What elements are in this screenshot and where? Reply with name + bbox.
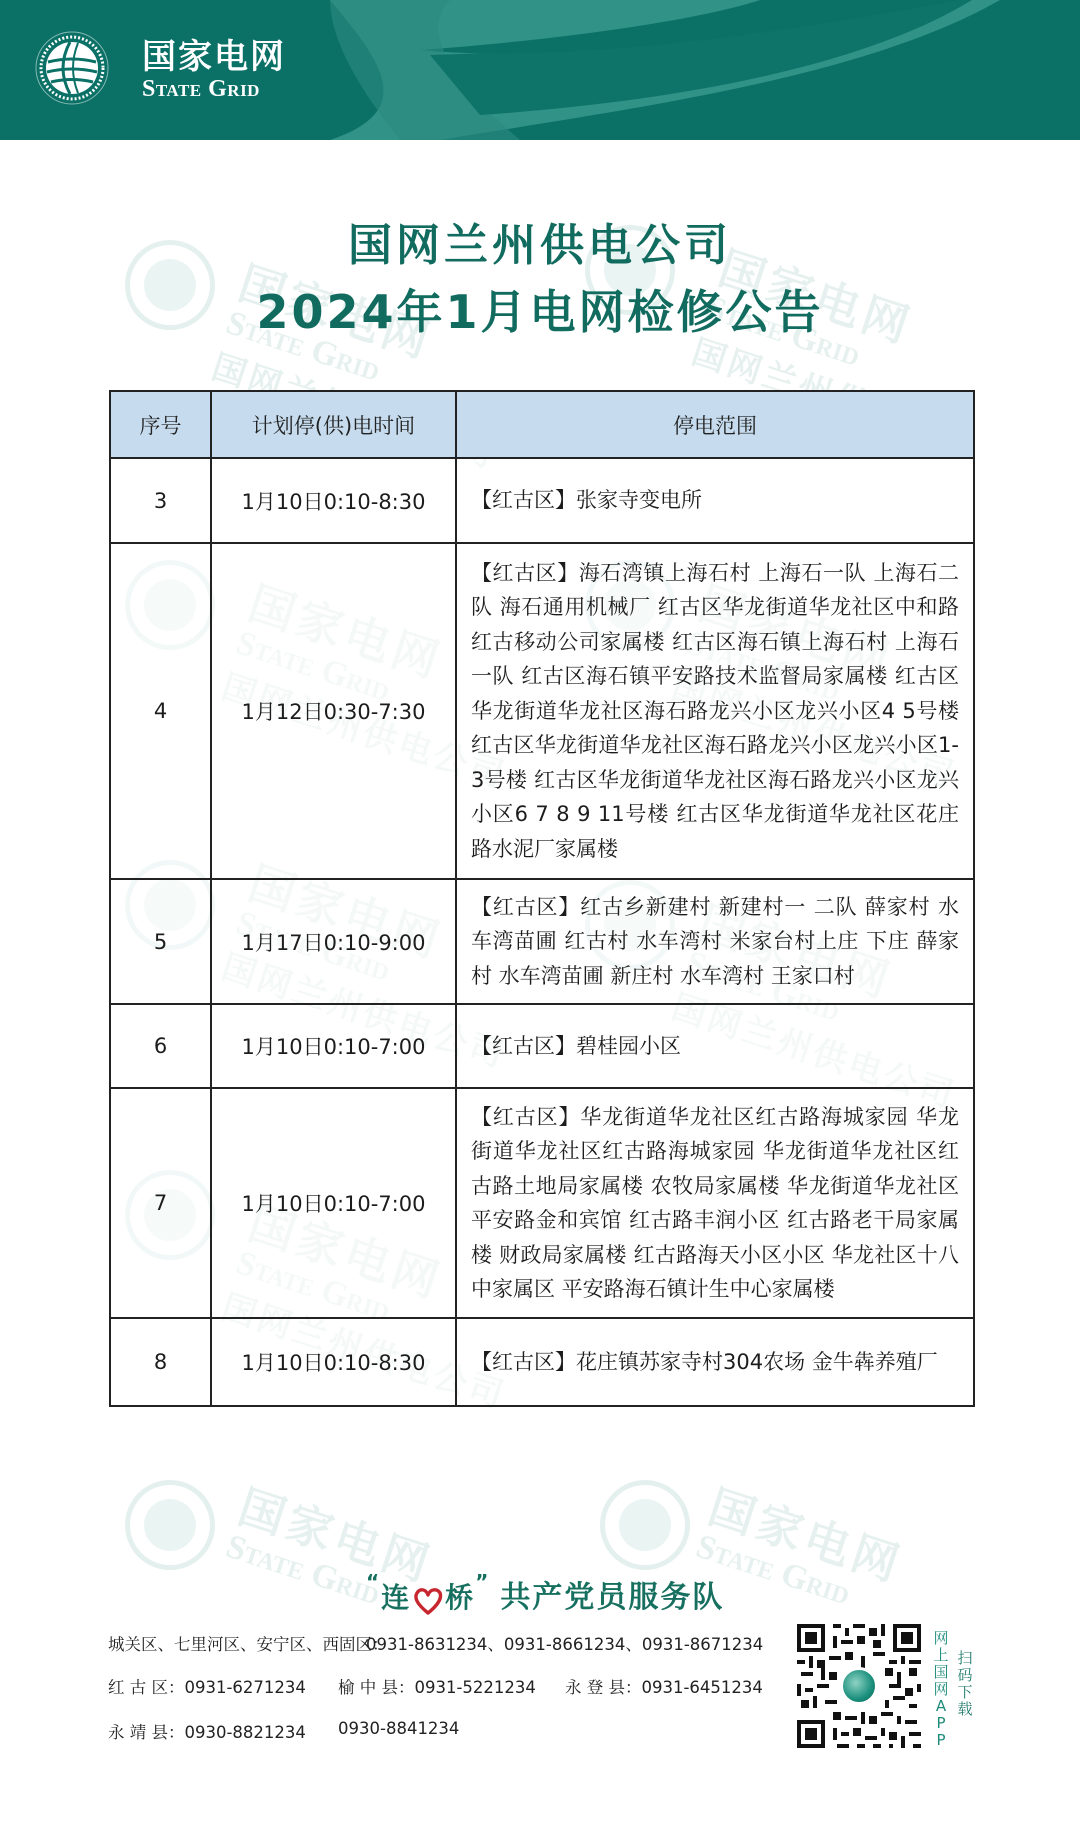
row-area: 【红古区】张家寺变电所 <box>456 458 974 543</box>
table-row: 7 1月10日0:10-7:00 【红古区】华龙街道华龙社区红古路海城家园 华龙… <box>110 1088 974 1318</box>
close-quote: ” <box>475 1570 490 1594</box>
column-header-number: 序号 <box>110 391 211 458</box>
table-row: 3 1月10日0:10-8:30 【红古区】张家寺变电所 <box>110 458 974 543</box>
row-area: 【红古区】红古乡新建村 新建村一 二队 薛家村 水车湾苗圃 红古村 水车湾村 米… <box>456 879 974 1004</box>
slogan-char-lian: 连 <box>381 1576 411 1616</box>
table-row: 6 1月10日0:10-7:00 【红古区】碧桂园小区 <box>110 1004 974 1088</box>
row-time: 1月10日0:10-8:30 <box>211 1318 456 1406</box>
service-team-slogan: “ 连 桥 ” 共产党员服务队 <box>366 1570 724 1616</box>
contact-yuzhong: 榆 中 县：0931-5221234 <box>338 1674 536 1698</box>
row-number: 6 <box>110 1004 211 1088</box>
qr-caption-app: 网上国网APP <box>932 1630 950 1749</box>
row-time: 1月12日0:30-7:30 <box>211 543 456 879</box>
row-time: 1月10日0:10-8:30 <box>211 458 456 543</box>
qr-center-logo-icon <box>840 1667 878 1705</box>
table-row: 8 1月10日0:10-8:30 【红古区】花庄镇苏家寺村304农场 金牛犇养殖… <box>110 1318 974 1406</box>
column-header-time: 计划停(供)电时间 <box>211 391 456 458</box>
row-area: 【红古区】华龙街道华龙社区红古路海城家园 华龙街道华龙社区红古路海城家园 华龙街… <box>456 1088 974 1318</box>
contact-yongjing-alt: 0930-8841234 <box>338 1719 459 1738</box>
table-header-row: 序号 计划停(供)电时间 停电范围 <box>110 391 974 458</box>
row-number: 8 <box>110 1318 211 1406</box>
app-download-qr-code[interactable] <box>793 1620 925 1752</box>
row-number: 5 <box>110 879 211 1004</box>
qr-caption-scan: 扫码下载 <box>956 1650 974 1718</box>
watermark-globe-icon <box>125 1480 215 1570</box>
slogan-team-name: 共产党员服务队 <box>500 1572 724 1616</box>
table-row: 5 1月17日0:10-9:00 【红古区】红古乡新建村 新建村一 二队 薛家村… <box>110 879 974 1004</box>
contact-yongjing: 永 靖 县：0930-8821234 <box>108 1719 306 1743</box>
row-area: 【红古区】花庄镇苏家寺村304农场 金牛犇养殖厂 <box>456 1318 974 1406</box>
slogan-char-qiao: 桥 <box>445 1576 475 1616</box>
row-number: 7 <box>110 1088 211 1318</box>
brand-name-en: State Grid <box>142 76 260 102</box>
row-number: 4 <box>110 543 211 879</box>
state-grid-logo-icon <box>34 30 110 106</box>
brand-name-cn: 国家电网 <box>142 38 286 76</box>
contact-urban-label: 城关区、七里河区、安宁区、西固区： <box>108 1631 389 1655</box>
row-area: 【红古区】海石湾镇上海石村 上海石一队 上海石二队 海石通用机械厂 红古区华龙街… <box>456 543 974 879</box>
row-time: 1月10日0:10-7:00 <box>211 1004 456 1088</box>
contact-urban-numbers: 0931-8631234、0931-8661234、0931-8671234 <box>366 1631 763 1655</box>
page-title-company: 国网兰州供电公司 <box>0 218 1080 274</box>
heart-icon <box>413 1586 443 1616</box>
table-row: 4 1月12日0:30-7:30 【红古区】海石湾镇上海石村 上海石一队 上海石… <box>110 543 974 879</box>
brand-header-band: 国家电网 State Grid <box>0 0 1080 140</box>
open-quote: “ <box>366 1570 381 1594</box>
row-time: 1月17日0:10-9:00 <box>211 879 456 1004</box>
row-time: 1月10日0:10-7:00 <box>211 1088 456 1318</box>
contact-honggu: 红 古 区：0931-6271234 <box>108 1674 306 1698</box>
column-header-area: 停电范围 <box>456 391 974 458</box>
row-number: 3 <box>110 458 211 543</box>
contact-yongdeng: 永 登 县：0931-6451234 <box>565 1674 763 1698</box>
row-area: 【红古区】碧桂园小区 <box>456 1004 974 1088</box>
watermark-globe-icon <box>600 1480 690 1570</box>
outage-schedule-table: 序号 计划停(供)电时间 停电范围 3 1月10日0:10-8:30 【红古区】… <box>109 390 975 1407</box>
page-title-notice: 2024年1月电网检修公告 <box>0 283 1080 341</box>
